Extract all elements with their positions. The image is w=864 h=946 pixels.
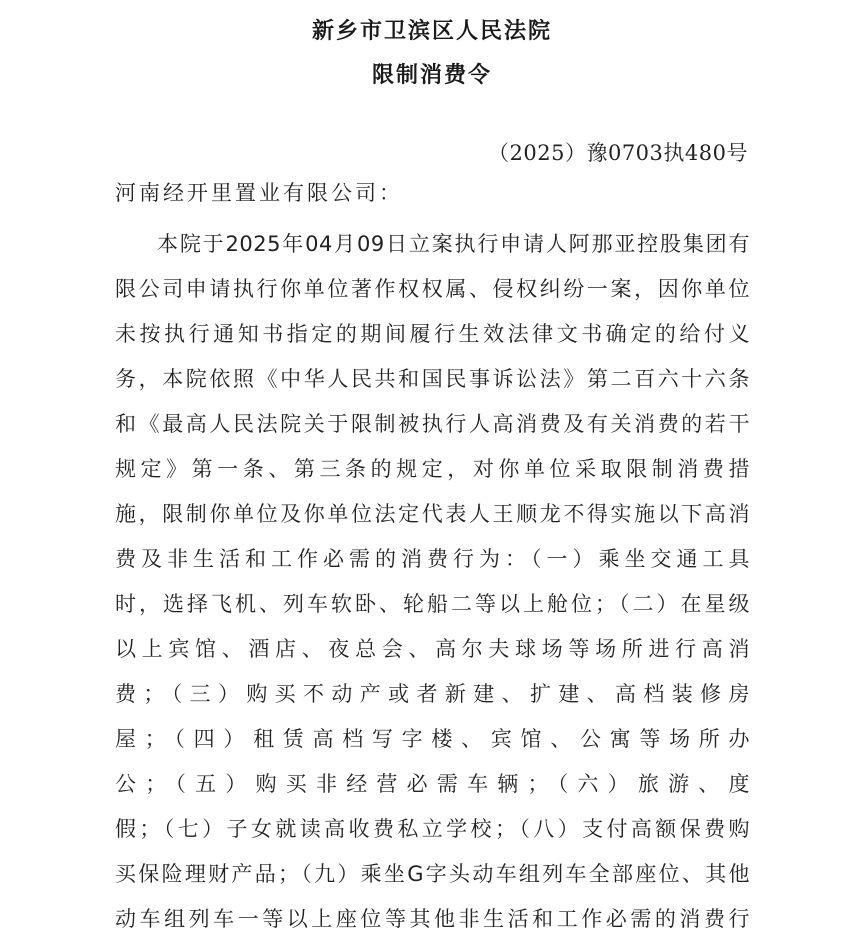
body-line: 时，选择飞机、列车软卧、轮船二等以上舱位；（二）在星级 (115, 582, 750, 627)
body-line: 施，限制你单位及你单位法定代表人王顺龙不得实施以下高消 (115, 492, 750, 537)
body-line: 和《最高人民法院关于限制被执行人高消费及有关消费的若干 (115, 402, 750, 447)
document-body: 本院于2025年04月09日立案执行申请人阿那亚控股集团有 限公司申请执行你单位… (115, 222, 750, 942)
body-line: 规定》第一条、第三条的规定，对你单位采取限制消费措 (115, 447, 750, 492)
body-line: 假；（七）子女就读高收费私立学校；（八）支付高额保费购 (115, 807, 750, 852)
body-line: 屋；（四）租赁高档写字楼、宾馆、公寓等场所办 (115, 717, 750, 762)
document-page: 新乡市卫滨区人民法院 限制消费令 （2025）豫0703执480号 河南经开里置… (0, 0, 864, 946)
body-line: 买保险理财产品；（九）乘坐G字头动车组列车全部座位、其他 (115, 852, 750, 897)
body-line: 费及非生活和工作必需的消费行为：（一）乘坐交通工具 (115, 537, 750, 582)
body-line: 动车组列车一等以上座位等其他非生活和工作必需的消费行 (115, 897, 750, 942)
body-line: 费；（三）购买不动产或者新建、扩建、高档装修房 (115, 672, 750, 717)
body-line: 公；（五）购买非经营必需车辆；（六）旅游、度 (115, 762, 750, 807)
document-title: 限制消费令 (0, 58, 864, 89)
case-number: （2025）豫0703执480号 (488, 137, 748, 167)
body-line: 限公司申请执行你单位著作权权属、侵权纠纷一案，因你单位 (115, 267, 750, 312)
court-name-heading: 新乡市卫滨区人民法院 (0, 14, 864, 45)
body-line: 以上宾馆、酒店、夜总会、高尔夫球场等场所进行高消 (115, 627, 750, 672)
body-line: 本院于2025年04月09日立案执行申请人阿那亚控股集团有 (115, 222, 750, 267)
addressee: 河南经开里置业有限公司： (115, 177, 403, 207)
body-line: 未按执行通知书指定的期间履行生效法律文书确定的给付义 (115, 312, 750, 357)
body-line: 务，本院依照《中华人民共和国民事诉讼法》第二百六十六条 (115, 357, 750, 402)
